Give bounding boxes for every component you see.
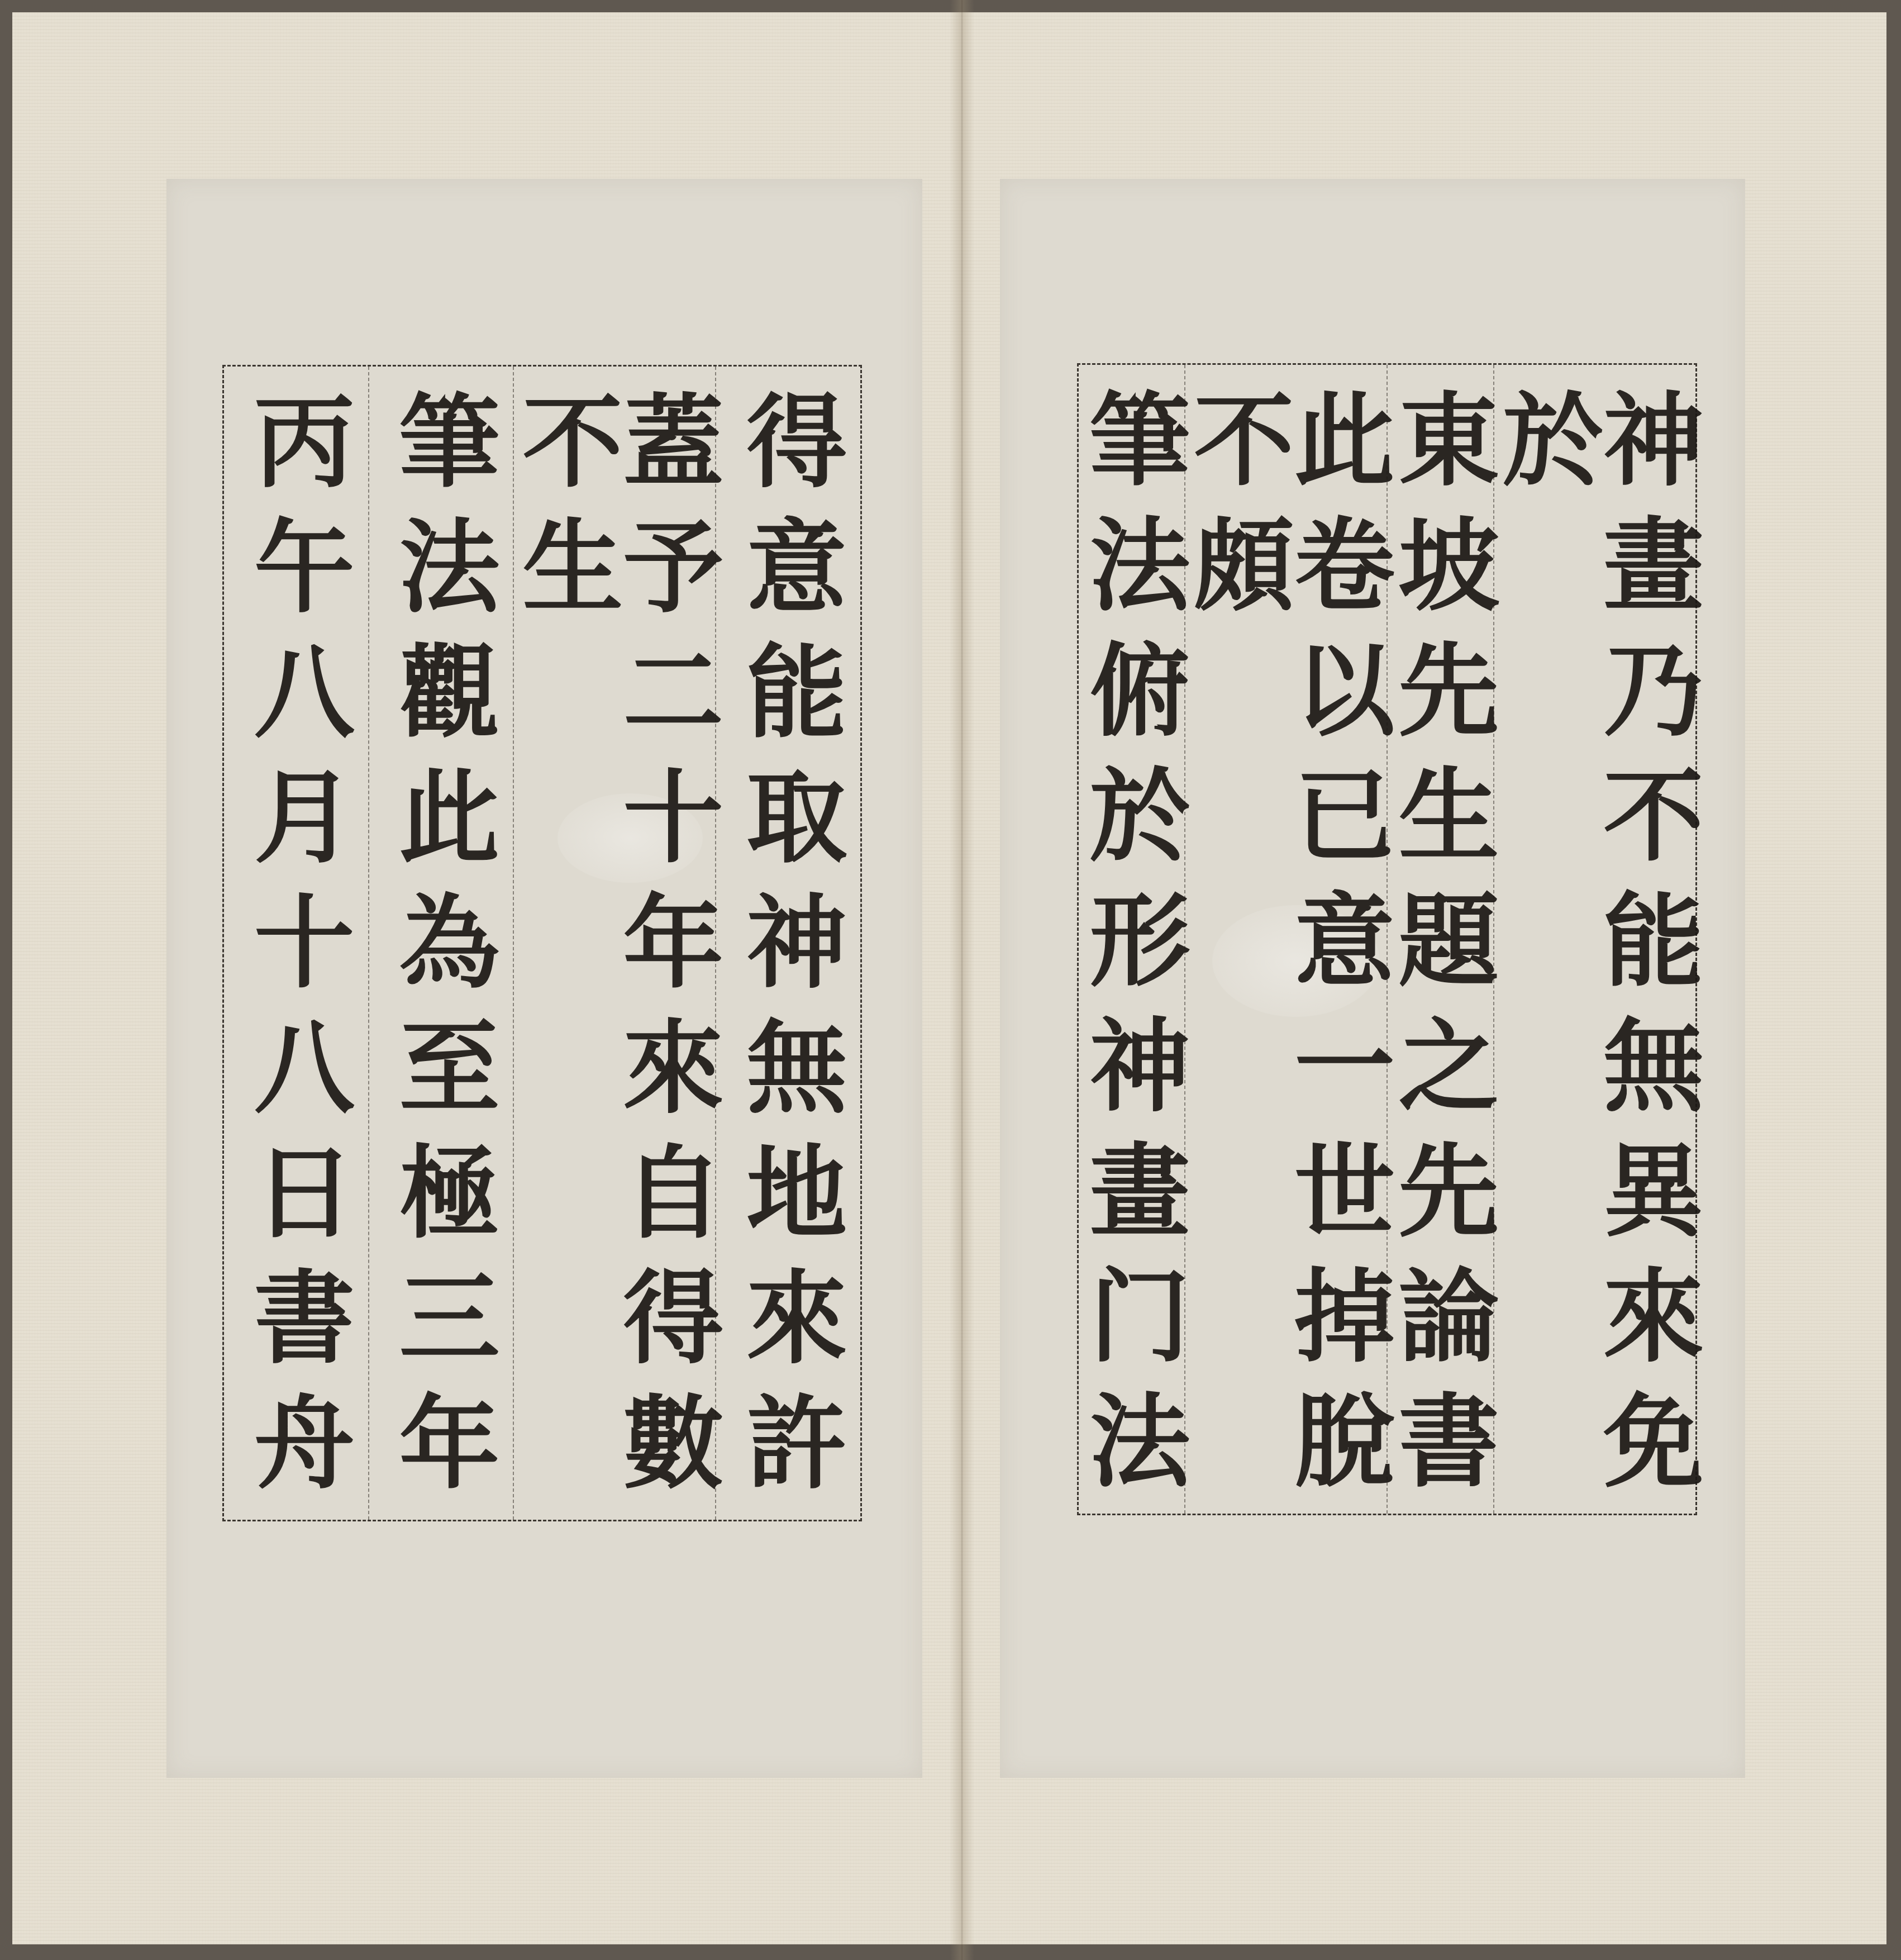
left-column-1: 得意能取神無地來許: [715, 367, 860, 1520]
left-column-4: 丙午八月十八日書舟: [224, 367, 368, 1520]
left-ruled-frame: 得意能取神無地來許 蓋予二十年來自得數不生 筆法觀此為至極三年 丙午八月十八日書…: [222, 365, 862, 1521]
right-ruled-frame: 神畫乃不能無異來免於 東坡先生題之先論書 此卷以已意一世掉脫不頗 筆法俯於形神畫…: [1077, 363, 1697, 1515]
left-page-paper: 得意能取神無地來許 蓋予二十年來自得數不生 筆法觀此為至極三年 丙午八月十八日書…: [166, 179, 922, 1778]
left-column-3: 筆法觀此為至極三年: [368, 367, 513, 1520]
right-column-3: 此卷以已意一世掉脫不頗: [1184, 365, 1387, 1514]
left-column-2: 蓋予二十年來自得數不生: [513, 367, 715, 1520]
right-column-2: 東坡先生題之先論書: [1387, 365, 1493, 1514]
right-column-4: 筆法俯於形神畫门法: [1079, 365, 1184, 1514]
right-page-paper: 神畫乃不能無異來免於 東坡先生題之先論書 此卷以已意一世掉脫不頗 筆法俯於形神畫…: [1000, 179, 1745, 1778]
right-column-1: 神畫乃不能無異來免於: [1493, 365, 1695, 1514]
center-fold: [950, 0, 974, 1960]
